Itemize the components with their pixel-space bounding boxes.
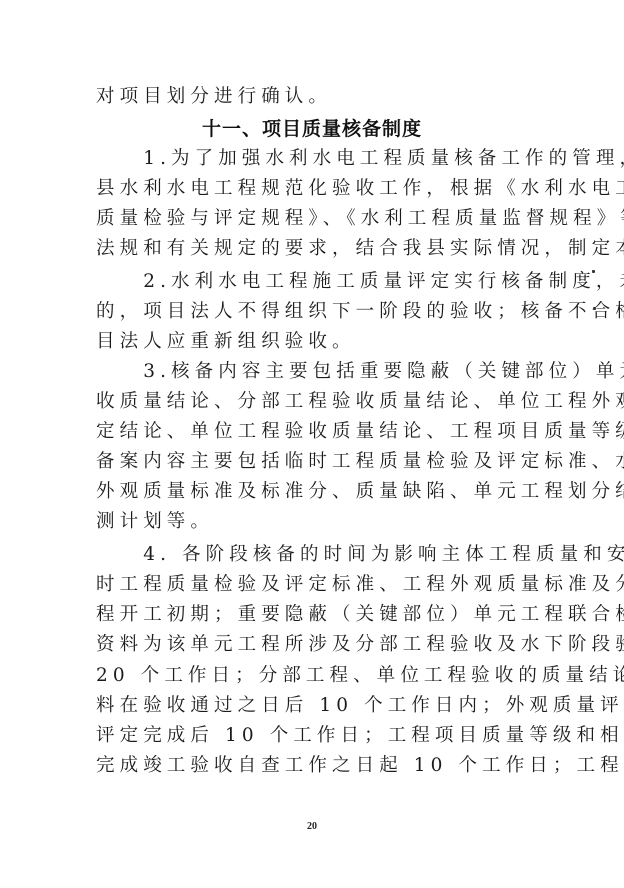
paragraph-line: 县水利水电工程规范化验收工作，根据《水利水电工程施工 [96, 177, 536, 201]
paragraph-line: 质量检验与评定规程》、《水利工程质量监督规程》等法律 [96, 207, 536, 231]
page-number: 20 [0, 821, 624, 832]
paragraph-line: 外观质量标准及标准分、质量缺陷、单元工程划分结果、检 [96, 480, 536, 504]
document-page: 对项目划分进行确认。 十一、项目质量核备制度 1.为了加强水利水电工程质量核备工… [0, 0, 624, 888]
paragraph-line: 定结论、单位工程验收质量结论、工程项目质量等级结论等。 [96, 420, 536, 444]
continuation-line: 对项目划分进行确认。 [96, 85, 536, 109]
paragraph-line: 20 个工作日；分部工程、单位工程验收的质量结论和相关资 [96, 664, 536, 688]
paragraph-line: 2.水利水电工程施工质量评定实行核备制度，未经核备 [96, 270, 536, 294]
paragraph-line: 评定完成后 10 个工作日；工程项目质量等级和相关资料在 [96, 724, 536, 748]
paragraph-line: 法规和有关规定的要求，结合我县实际情况，制定本制度。 [96, 237, 536, 261]
paragraph-line: 1.为了加强水利水电工程质量核备工作的管理，强化我 [96, 147, 536, 171]
paragraph-line: 程开工初期；重要隐蔽（关键部位）单元工程联合检查验收 [96, 603, 536, 627]
paragraph-line: 时工程质量检验及评定标准、工程外观质量标准及分值为工 [96, 573, 536, 597]
paragraph-line: 测计划等。 [96, 510, 536, 534]
paragraph-line: 料在验收通过之日后 10 个工作日内；外观质量评定结论为 [96, 694, 536, 718]
paragraph-line: 4. 各阶段核备的时间为影响主体工程质量和安全的临 [96, 543, 536, 567]
paragraph-line: 完成竣工验收自查工作之日起 10 个工作日；工程质量缺陷 [96, 754, 536, 778]
paragraph-line: 备案内容主要包括临时工程质量检验及评定标准、水利工程 [96, 450, 536, 474]
paragraph-line: 收质量结论、分部工程验收质量结论、单位工程外观质量评 [96, 390, 536, 414]
scan-speck [593, 307, 596, 310]
paragraph-line: 3.核备内容主要包括重要隐蔽（关键部位）单元工程验 [96, 360, 536, 384]
paragraph-line: 的，项目法人不得组织下一阶段的验收；核备不合格的，项 [96, 300, 536, 324]
section-heading: 十一、项目质量核备制度 [0, 117, 624, 141]
paragraph-line: 资料为该单元工程所涉及分部工程验收及水下阶段验收前 [96, 633, 536, 657]
scan-speck [592, 270, 595, 273]
paragraph-line: 目法人应重新组织验收。 [96, 330, 536, 354]
